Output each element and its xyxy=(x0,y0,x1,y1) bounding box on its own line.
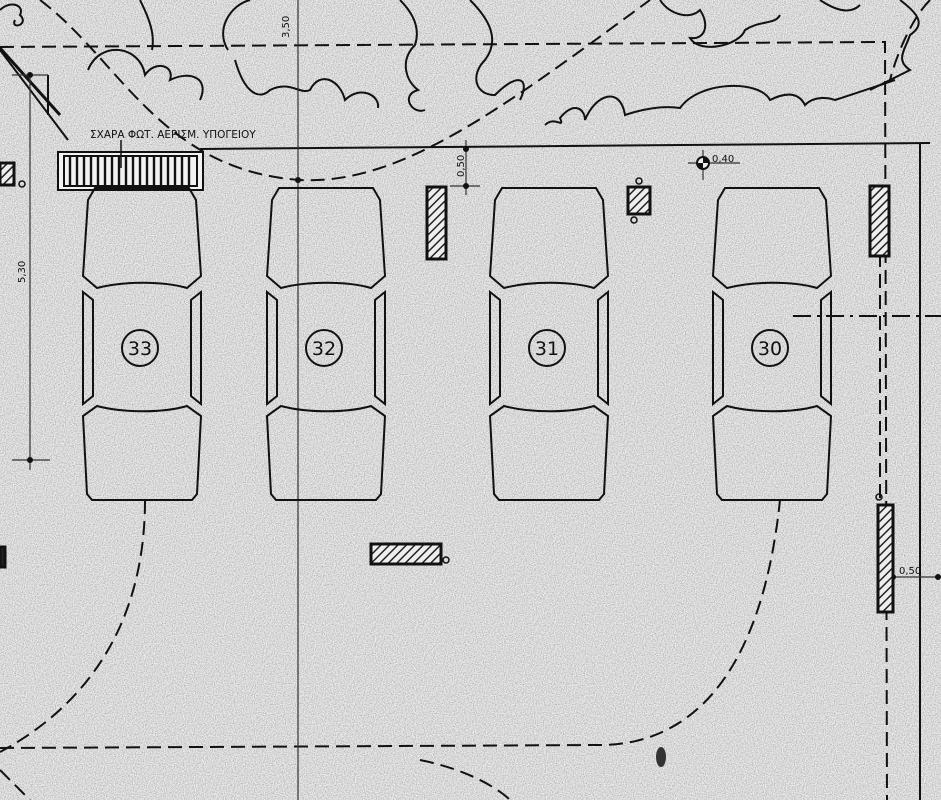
grille-label: ΣΧΑΡΑ ΦΩΤ. ΑΕΡΙΣΜ. ΥΠΟΓΕΙΟΥ xyxy=(90,129,256,141)
dimension-right-offset: 0,50 xyxy=(899,566,921,577)
parking-space-number: 30 xyxy=(758,338,782,360)
pillar xyxy=(878,505,893,612)
pillar xyxy=(0,163,14,185)
paper-texture xyxy=(0,0,941,800)
pillar xyxy=(870,186,889,256)
pillar xyxy=(628,187,650,214)
pillar xyxy=(427,187,446,259)
column-marker-label: 0,40 xyxy=(712,154,734,165)
dimension-top: 3,50 xyxy=(281,16,292,38)
site-plan-drawing: 33323130 ΣΧΑΡΑ ΦΩΤ. ΑΕΡΙΣΜ. ΥΠΟΓΕΙΟΥ 3,5… xyxy=(0,0,941,800)
pillar xyxy=(0,547,5,567)
parking-space-number: 31 xyxy=(535,338,559,360)
dimension-upper-offset: 0,50 xyxy=(456,155,467,177)
column-marker-icon xyxy=(697,157,709,169)
pillar xyxy=(371,544,441,564)
dimension-left: 5,30 xyxy=(17,261,28,283)
ink-blot xyxy=(656,747,666,767)
plan-canvas: 33323130 ΣΧΑΡΑ ΦΩΤ. ΑΕΡΙΣΜ. ΥΠΟΓΕΙΟΥ 3,5… xyxy=(0,0,941,800)
parking-space-number: 32 xyxy=(312,338,336,360)
parking-space-number: 33 xyxy=(128,338,152,360)
